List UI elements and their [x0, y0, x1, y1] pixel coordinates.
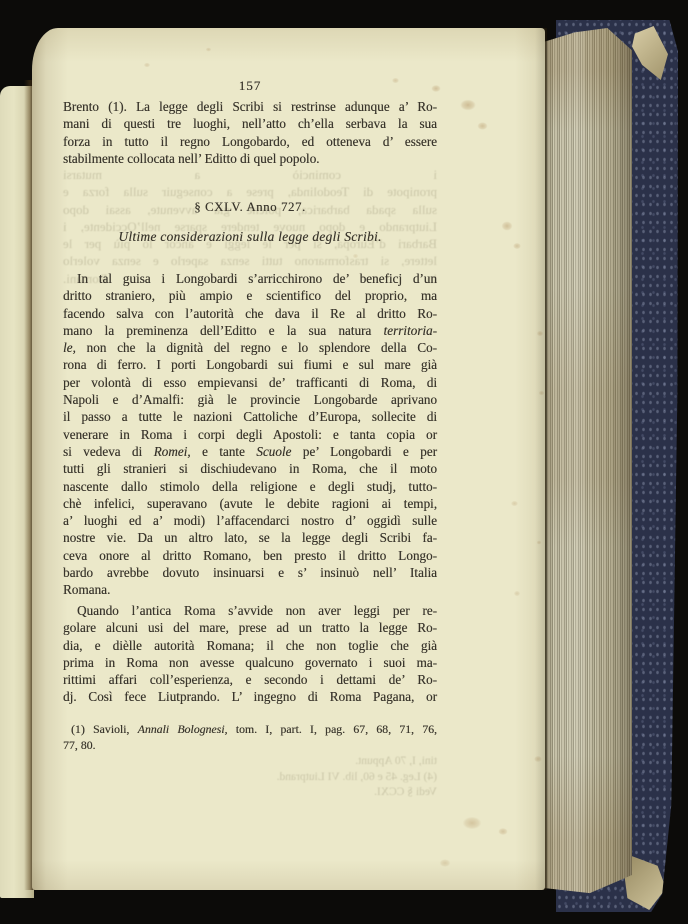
text-line: 77, 80. — [63, 738, 437, 754]
foxing-stain — [143, 62, 151, 68]
text-line: (1) Savioli, Annali Bolognesi, tom. I, p… — [63, 722, 437, 738]
text-line: Napoli e d’Amalfi: già le provincie Long… — [63, 391, 437, 408]
text-line: dritto straniero, più ampio e scientific… — [63, 287, 437, 304]
section-heading: § CXLV. Anno 727. — [63, 200, 437, 215]
text-line: prima in Roma non avesse qualcuno govern… — [63, 654, 437, 671]
foxing-stain — [430, 84, 442, 93]
text-line: il passo a tutte le nazioni Cattoliche d… — [63, 408, 437, 425]
foxing-stain — [510, 500, 519, 507]
foxing-stain — [438, 858, 452, 868]
book-page: i cominciò a mutarsipronipote di Teodoli… — [32, 28, 545, 890]
text-line: rittimi affari coll’esperienza, e second… — [63, 671, 437, 688]
foxing-stain — [536, 330, 544, 337]
foxing-stain — [538, 390, 545, 396]
section-subheading: Ultime considerazioni sulla legge degli … — [63, 229, 437, 245]
foxing-stain — [458, 98, 478, 112]
text-line: tini, I, 70 Appunt. — [63, 754, 437, 770]
bleedthrough-text-lower: tini, I, 70 Appunt.(4) Leg. 45 e 60, lib… — [63, 754, 437, 801]
foxing-stain — [500, 220, 514, 232]
body-paragraph-2: Quando l’antica Roma s’avvide non aver l… — [63, 602, 437, 706]
foxing-stain — [533, 755, 543, 763]
foxing-stain — [513, 590, 521, 597]
text-line: dia, e dièlle autorità Romana; il che no… — [63, 637, 437, 654]
footnote: (1) Savioli, Annali Bolognesi, tom. I, p… — [63, 722, 437, 754]
foxing-stain — [352, 253, 359, 259]
cover-corner-wear-top — [632, 26, 668, 80]
text-line: venerare in Roma i corpi degli Apostoli:… — [63, 426, 437, 443]
text-line: In tal guisa i Longobardi s’arricchirono… — [63, 270, 437, 287]
text-line: le, non che la dignità del regno e lo sp… — [63, 339, 437, 356]
text-line: stabilmente collocata nell’ Editto di qu… — [63, 150, 437, 167]
text-line: (4) Leg. 45 e 60, lib. VI Liutprand. — [63, 770, 437, 786]
intro-paragraph: Brento (1). La legge degli Scribi si res… — [63, 98, 437, 167]
text-line: golare alcuni usi del mare, prese ad un … — [63, 619, 437, 636]
text-line: per volontà di esso empievansi de’ traff… — [63, 374, 437, 391]
text-line: mano la preminenza dell’Editto e la sua … — [63, 322, 437, 339]
foxing-stain — [391, 77, 400, 84]
text-line: tutti gli stranieri si dischiudevano in … — [63, 460, 437, 477]
bleedthrough-text-upper: i cominciò a mutarsipronipote di Teodoli… — [63, 166, 437, 287]
body-paragraph-1: In tal guisa i Longobardi s’arricchirono… — [63, 270, 437, 599]
text-line: facendo salva con l’autorità che dava il… — [63, 305, 437, 322]
foxing-stain — [460, 815, 484, 831]
foxing-stain — [497, 827, 509, 836]
text-line: a’ luoghi ed a’ modi) l’affacendarci nos… — [63, 512, 437, 529]
text-line: forza in tutto il regno Longobardo, ed o… — [63, 133, 437, 150]
text-line: Brento (1). La legge degli Scribi si res… — [63, 98, 437, 115]
text-line: dj. Così fece Liutprando. L’ ingegno di … — [63, 688, 437, 705]
text-line: rona di ferro. I porti Longobardi sui fi… — [63, 356, 437, 373]
foxing-stain — [512, 242, 522, 250]
scanned-book-photo: i cominciò a mutarsipronipote di Teodoli… — [0, 0, 688, 924]
text-line: mani di questi tre luoghi, nell’atto ch’… — [63, 115, 437, 132]
text-line: pronipote di Teodolinda, prese a consegu… — [63, 183, 437, 200]
text-line: i cominciò a mutarsi — [63, 166, 437, 183]
text-line: lettere, si trasformarono tutti senza sa… — [63, 252, 437, 269]
foxing-stain — [205, 47, 212, 52]
page-number: 157 — [63, 78, 437, 94]
text-line: Romana. — [63, 581, 437, 598]
text-line: bardo avrebbe dovuto insinuarsi e s’ ins… — [63, 564, 437, 581]
text-line: nostre vie. Da un altro lato, se la legg… — [63, 529, 437, 546]
text-line: nascente dallo stimolo della religione e… — [63, 478, 437, 495]
text-line: chè infelici, superavano (avute le debit… — [63, 495, 437, 512]
text-line: Quando l’antica Roma s’avvide non aver l… — [63, 602, 437, 619]
text-line: si vedeva di Romei, e tante Scuole pe’ L… — [63, 443, 437, 460]
text-line: Vedi § CCXI. — [63, 785, 437, 801]
page-edges-fore-edge — [544, 28, 632, 894]
foxing-stain — [536, 540, 542, 545]
text-line: ceva onore al dritto Romano, ben presto … — [63, 547, 437, 564]
foxing-stain — [476, 121, 489, 131]
